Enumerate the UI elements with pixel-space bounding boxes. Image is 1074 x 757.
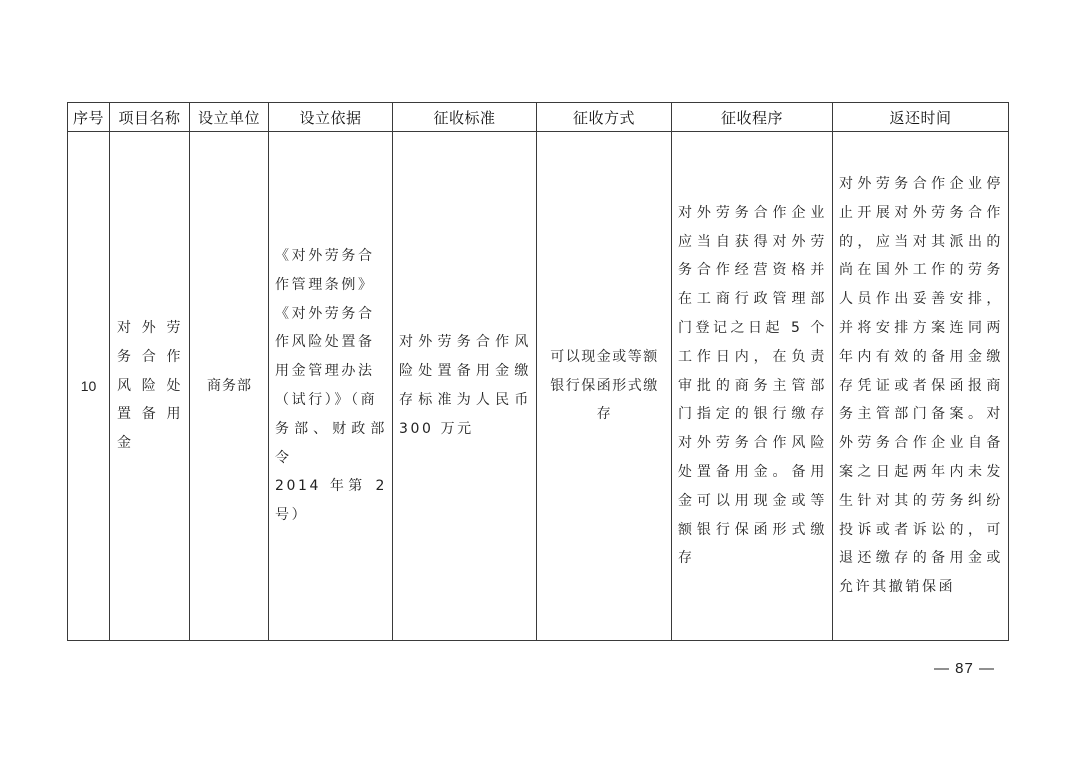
basis-line: （试行）》（商 (275, 386, 387, 415)
cell-seq: 10 (68, 132, 110, 641)
basis-line: 《对外劳务合 (275, 300, 387, 329)
fee-table: 序号 项目名称 设立单位 设立依据 征收标准 征收方式 征收程序 返还时间 10… (67, 102, 1009, 641)
cell-procedure: 对外劳务合作企业应当自获得对外劳务合作经营资格并在工商行政管理部门登记之日起 5… (672, 132, 833, 641)
cell-return-time: 对外劳务合作企业停止开展对外劳务合作的，应当对其派出的尚在国外工作的劳务人员作出… (833, 132, 1009, 641)
cell-unit: 商务部 (190, 132, 269, 641)
basis-text: 《对外劳务合 作管理条例》 《对外劳务合 作风险处置备 用金管理办法 （试行）》… (269, 242, 392, 530)
header-basis: 设立依据 (269, 103, 393, 132)
return-time-text: 对外劳务合作企业停止开展对外劳务合作的，应当对其派出的尚在国外工作的劳务人员作出… (833, 170, 1008, 602)
header-method: 征收方式 (537, 103, 672, 132)
standard-text: 对外劳务合作风险处置备用金缴存标准为人民币 300 万元 (393, 328, 536, 443)
page-number: — 87 — (934, 660, 995, 677)
header-seq: 序号 (68, 103, 110, 132)
table-row: 10 对外劳务合作风险处置备用金 商务部 《对外劳务合 作管理条例》 《对外劳务… (68, 132, 1009, 641)
header-standard: 征收标准 (393, 103, 537, 132)
method-text: 可以现金或等额银行保函形式缴存 (537, 343, 671, 429)
document-page: 序号 项目名称 设立单位 设立依据 征收标准 征收方式 征收程序 返还时间 10… (0, 0, 1074, 757)
basis-line: 《对外劳务合 (275, 242, 387, 271)
project-name-text: 对外劳务合作风险处置备用金 (110, 314, 189, 458)
basis-line: 作管理条例》 (275, 271, 387, 300)
header-unit: 设立单位 (190, 103, 269, 132)
cell-basis: 《对外劳务合 作管理条例》 《对外劳务合 作风险处置备 用金管理办法 （试行）》… (269, 132, 393, 641)
header-procedure: 征收程序 (672, 103, 833, 132)
cell-standard: 对外劳务合作风险处置备用金缴存标准为人民币 300 万元 (393, 132, 537, 641)
header-return-time: 返还时间 (833, 103, 1009, 132)
cell-project-name: 对外劳务合作风险处置备用金 (110, 132, 190, 641)
procedure-text: 对外劳务合作企业应当自获得对外劳务合作经营资格并在工商行政管理部门登记之日起 5… (672, 199, 832, 573)
basis-line: 用金管理办法 (275, 357, 387, 386)
cell-method: 可以现金或等额银行保函形式缴存 (537, 132, 672, 641)
basis-line: 2014 年第 2 号） (275, 472, 387, 530)
header-project-name: 项目名称 (110, 103, 190, 132)
basis-line: 务部、财政部令 (275, 415, 387, 473)
table-header-row: 序号 项目名称 设立单位 设立依据 征收标准 征收方式 征收程序 返还时间 (68, 103, 1009, 132)
unit-text: 商务部 (190, 372, 268, 401)
basis-line: 作风险处置备 (275, 328, 387, 357)
